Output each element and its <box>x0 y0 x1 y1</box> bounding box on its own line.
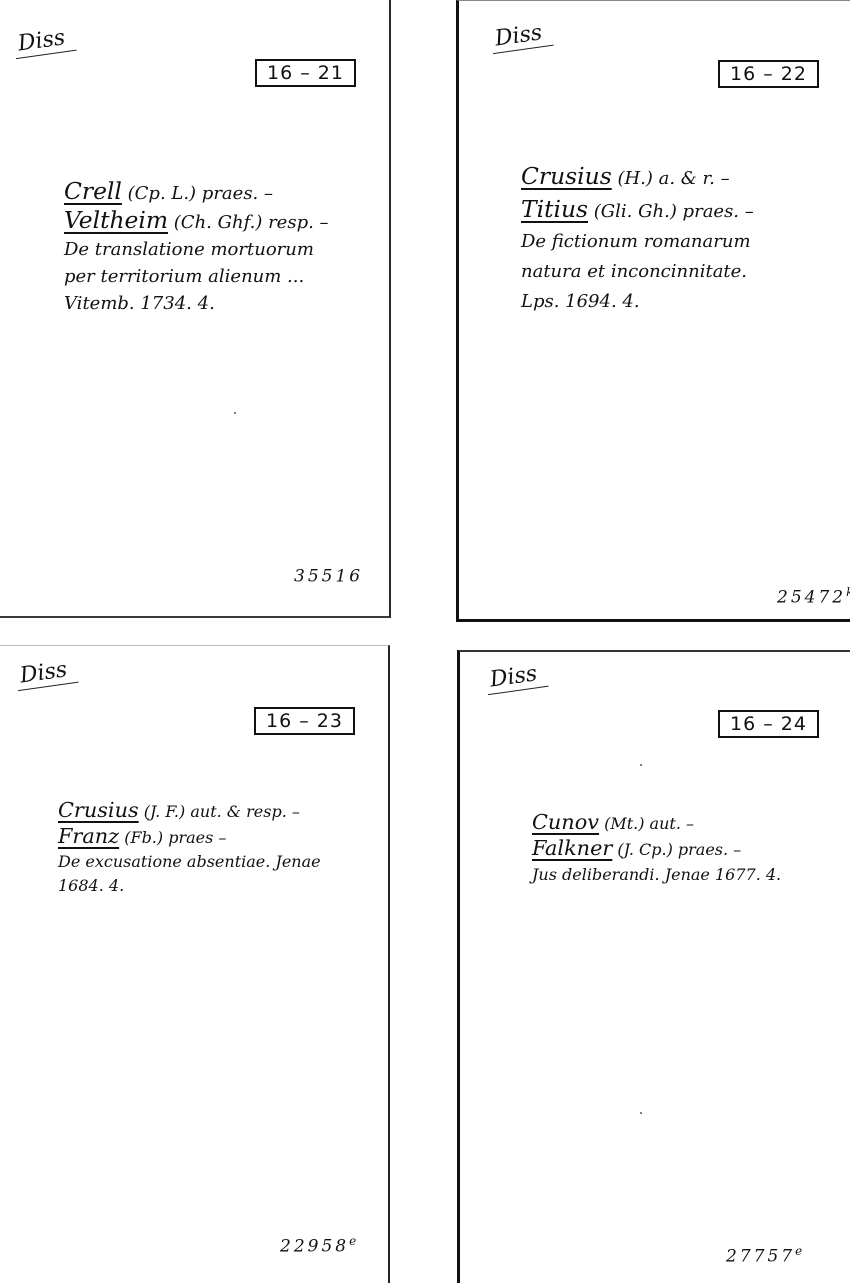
card-signature: Diss <box>489 19 553 54</box>
accession-number: 27757e <box>726 1244 802 1267</box>
card-signature: Diss <box>12 24 76 59</box>
entry-text: (Ch. Ghf.) resp. – <box>174 212 329 233</box>
entry-line: Jus deliberandi. Jenae 1677. 4. <box>532 862 781 887</box>
accession-number: 22958e <box>280 1234 356 1257</box>
accession-number: 25472k <box>777 585 850 608</box>
entry-text: (Gli. Gh.) praes. – <box>594 201 754 222</box>
entry-line: Crusius (H.) a. & r. – <box>521 161 754 194</box>
entry-text: (Mt.) aut. – <box>604 814 694 833</box>
catalog-card-16-24: Diss 16 – 24 Cunov (Mt.) aut. – Falkner … <box>457 650 850 1283</box>
author-name: Titius <box>521 195 588 223</box>
entry-line: De excusatione absentiae. Jenae <box>58 850 321 874</box>
accession-number: 35516 <box>294 564 363 587</box>
entry-line: Lps. 1694. 4. <box>521 287 754 317</box>
entry-line: per territorium alienum ... <box>64 263 329 290</box>
accession-digits: 25472 <box>777 588 846 608</box>
accession-digits: 35516 <box>294 567 363 587</box>
accession-suffix: e <box>795 1244 802 1258</box>
entry-line: Crell (Cp. L.) praes. – <box>64 178 329 207</box>
entry-line: Cunov (Mt.) aut. – <box>532 810 781 836</box>
call-number-label: 16 – 22 <box>718 60 819 88</box>
author-name: Crusius <box>58 798 139 822</box>
author-name: Crell <box>64 177 122 205</box>
catalog-entry: Crell (Cp. L.) praes. – Veltheim (Ch. Gh… <box>64 178 329 317</box>
author-name: Franz <box>58 824 119 848</box>
catalog-card-16-22: Diss 16 – 22 Crusius (H.) a. & r. – Titi… <box>456 0 850 622</box>
accession-suffix: e <box>349 1234 356 1248</box>
entry-line: natura et inconcinnitate. <box>521 257 754 287</box>
entry-line: De fictionum romanarum <box>521 227 754 257</box>
call-number-label: 16 – 23 <box>254 707 355 735</box>
catalog-entry: Cunov (Mt.) aut. – Falkner (J. Cp.) prae… <box>532 810 781 887</box>
author-name: Veltheim <box>64 206 168 234</box>
entry-line: Franz (Fb.) praes – <box>58 824 321 850</box>
card-signature: Diss <box>484 660 548 695</box>
entry-line: Falkner (J. Cp.) praes. – <box>532 836 781 862</box>
entry-line: Crusius (J. F.) aut. & resp. – <box>58 798 321 824</box>
catalog-card-16-21: Diss 16 – 21 Crell (Cp. L.) praes. – Vel… <box>0 0 391 618</box>
author-name: Cunov <box>532 810 599 834</box>
paper-speck <box>640 1112 642 1114</box>
entry-line: 1684. 4. <box>58 874 321 898</box>
author-name: Crusius <box>521 162 612 190</box>
entry-text: (Fb.) praes – <box>124 828 226 847</box>
catalog-card-16-23: Diss 16 – 23 Crusius (J. F.) aut. & resp… <box>0 645 390 1283</box>
author-name: Falkner <box>532 836 612 860</box>
card-signature: Diss <box>14 656 78 691</box>
call-number-label: 16 – 21 <box>255 59 356 87</box>
entry-line: Vitemb. 1734. 4. <box>64 290 329 317</box>
entry-line: Titius (Gli. Gh.) praes. – <box>521 194 754 227</box>
paper-speck <box>234 412 236 414</box>
paper-speck <box>640 764 642 766</box>
entry-line: De translatione mortuorum <box>64 236 329 263</box>
accession-digits: 22958 <box>280 1237 349 1257</box>
entry-text: (Cp. L.) praes. – <box>128 183 273 204</box>
entry-text: (J. Cp.) praes. – <box>617 840 741 859</box>
accession-digits: 27757 <box>726 1247 795 1267</box>
catalog-entry: Crusius (J. F.) aut. & resp. – Franz (Fb… <box>58 798 321 898</box>
entry-text: (J. F.) aut. & resp. – <box>144 802 300 821</box>
call-number-label: 16 – 24 <box>718 710 819 738</box>
accession-suffix: k <box>846 585 850 599</box>
entry-line: Veltheim (Ch. Ghf.) resp. – <box>64 207 329 236</box>
catalog-entry: Crusius (H.) a. & r. – Titius (Gli. Gh.)… <box>521 161 754 317</box>
entry-text: (H.) a. & r. – <box>617 168 729 189</box>
